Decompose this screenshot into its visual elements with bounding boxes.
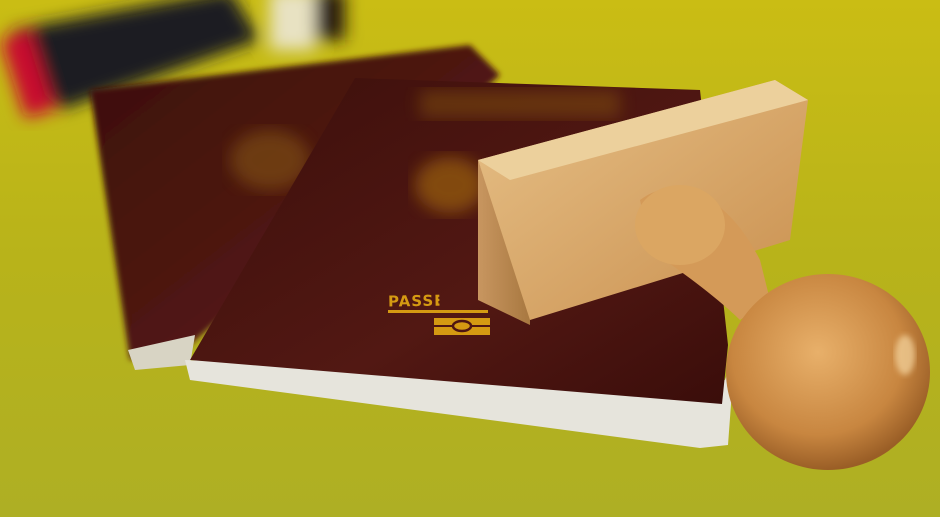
passport-underline (388, 310, 488, 313)
photo-illustration (0, 0, 940, 517)
passport-header-text (420, 90, 620, 118)
passport-emblem (415, 157, 485, 213)
passport-cover-label: PASSE (388, 292, 446, 311)
biometric-chip-icon (434, 318, 490, 335)
photo-scene: PASSE (0, 0, 940, 517)
